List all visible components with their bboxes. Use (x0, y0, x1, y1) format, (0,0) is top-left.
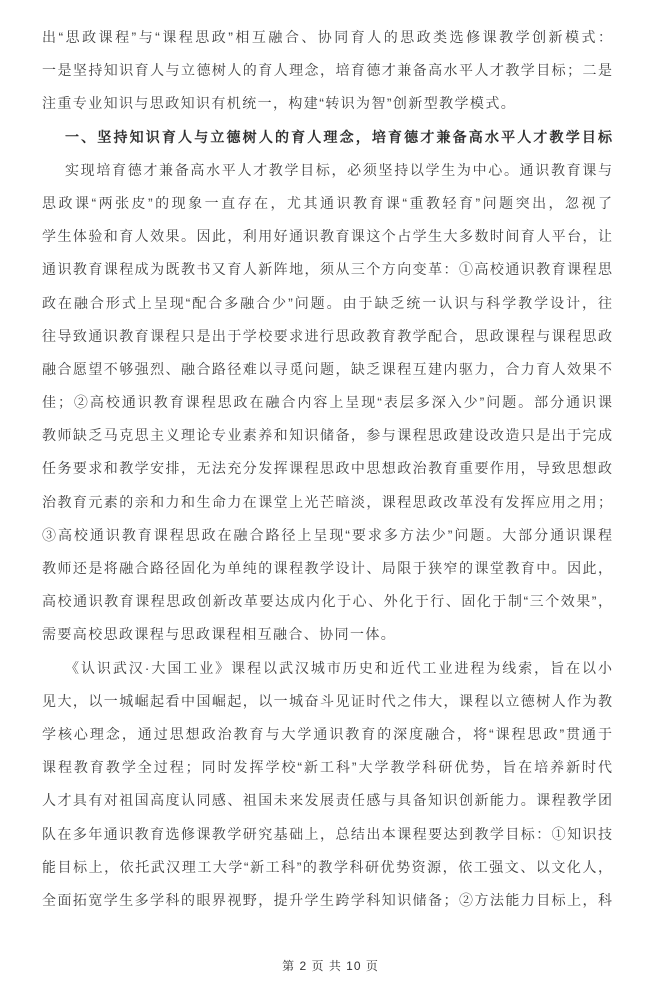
text-line: 出“思政课程”与“课程思政”相互融合、协同育人的思政类选修课教学创新模式： (42, 21, 612, 54)
text-line: 人才具有对祖国高度认同感、祖国未来发展责任感与具备知识创新能力。课程教学团 (42, 784, 612, 817)
text-line: 高校通识教育课程思政创新改革要达成内化于心、外化于行、固化于制“三个效果”， (42, 585, 612, 618)
text-line: 《认识武汉·大国工业》课程以武汉城市历史和近代工业进程为线索，旨在以小 (42, 652, 612, 685)
text-line: 治教育元素的亲和力和生命力在课堂上光芒暗淡，课程思政改革没有发挥应用之用； (42, 486, 612, 519)
text-line: 一、坚持知识育人与立德树人的育人理念，培育德才兼备高水平人才教学目标 (42, 121, 612, 154)
text-line: 往导致通识教育课程只是出于学校要求进行思政教育教学配合，思政课程与课程思政 (42, 320, 612, 353)
text-line: 教师缺乏马克思主义理论专业素养和知识储备，参与课程思政建设改造只是出于完成 (42, 419, 612, 452)
text-line: 一是坚持知识育人与立德树人的育人理念，培育德才兼备高水平人才教学目标；二是 (42, 54, 612, 87)
text-line: 队在多年通识教育选修课教学研究基础上，总结出本课程要达到教学目标：①知识技 (42, 818, 612, 851)
text-line: 学核心理念，通过思想政治教育与大学通识教育的深度融合，将“课程思政”贯通于 (42, 718, 612, 751)
text-line: 实现培育德才兼备高水平人才教学目标，必须坚持以学生为中心。通识教育课与 (42, 154, 612, 187)
text-line: 全面拓宽学生多学科的眼界视野，提升学生跨学科知识储备；②方法能力目标上，科 (42, 884, 612, 917)
text-line: 通识教育课程成为既教书又育人新阵地，须从三个方向变革：①高校通识教育课程思 (42, 253, 612, 286)
text-line: 思政课“两张皮”的现象一直存在，尤其通识教育课“重教轻育”问题突出，忽视了 (42, 187, 612, 220)
text-line: 课程教育教学全过程；同时发挥学校“新工科”大学教学科研优势，旨在培养新时代 (42, 751, 612, 784)
text-line: 能目标上，依托武汉理工大学“新工科”的教学科研优势资源，依工强文、以文化人， (42, 851, 612, 884)
text-line: 注重专业知识与思政知识有机统一，构建“转识为智”创新型教学模式。 (42, 87, 612, 120)
text-line: 佳；②高校通识教育课程思政在融合内容上呈现“表层多深入少”问题。部分通识课 (42, 386, 612, 419)
document-text: 出“思政课程”与“课程思政”相互融合、协同育人的思政类选修课教学创新模式：一是坚… (42, 21, 612, 917)
page-number-footer: 第 2 页 共 10 页 (0, 958, 661, 974)
text-line: ③高校通识教育课程思政在融合路径上呈现“要求多方法少”问题。大部分通识课程 (42, 519, 612, 552)
document-page: 出“思政课程”与“课程思政”相互融合、协同育人的思政类选修课教学创新模式：一是坚… (0, 0, 661, 999)
text-line: 学生体验和育人效果。因此，利用好通识教育课这个占学生大多数时间育人平台，让 (42, 220, 612, 253)
text-line: 融合愿望不够强烈、融合路径难以寻觅问题，缺乏课程互建内驱力，合力育人效果不 (42, 353, 612, 386)
text-line: 教师还是将融合路径固化为单纯的课程教学设计、局限于狭窄的课堂教育中。因此， (42, 552, 612, 585)
text-line: 见大，以一城崛起看中国崛起，以一城奋斗见证时代之伟大，课程以立德树人作为教 (42, 685, 612, 718)
text-line: 任务要求和教学安排，无法充分发挥课程思政中思想政治教育重要作用，导致思想政 (42, 452, 612, 485)
text-line: 政在融合形式上呈现“配合多融合少”问题。由于缺乏统一认识与科学教学设计，往 (42, 287, 612, 320)
text-line: 需要高校思政课程与思政课程相互融合、协同一体。 (42, 618, 612, 651)
